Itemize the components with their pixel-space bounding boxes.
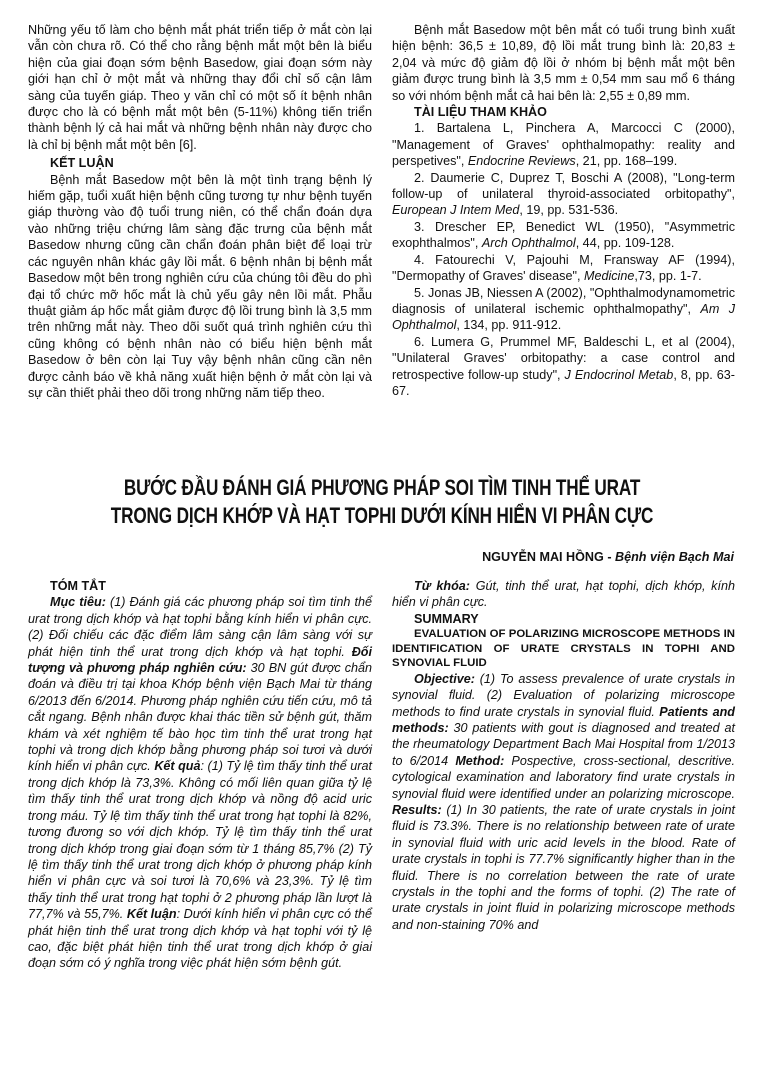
reference-item: 5. Jonas JB, Niessen A (2002), "Ophthalm…	[392, 285, 735, 334]
article-title-line-2: TRONG DỊCH KHỚP VÀ HẠT TOPHI DƯỚI KÍNH H…	[84, 502, 680, 530]
reference-details: , 19, pp. 531-536.	[519, 203, 618, 217]
reference-text: 2. Daumerie C, Duprez T, Boschi A (2008)…	[392, 171, 735, 201]
results-label-en: Results:	[392, 803, 442, 817]
abstract-vi-column: TÓM TẮT Mục tiêu: (1) Đánh giá các phươn…	[28, 578, 372, 972]
previous-article-left-column: Những yếu tố làm cho bệnh mắt phát triển…	[28, 22, 372, 401]
summary-heading: SUMMARY	[392, 611, 735, 627]
keywords-label: Từ khóa:	[414, 579, 470, 593]
intro-paragraph: Những yếu tố làm cho bệnh mắt phát triển…	[28, 22, 372, 153]
abstract-heading: TÓM TẮT	[28, 578, 372, 594]
abstract-en-body: Objective: (1) To assess prevalence of u…	[392, 671, 735, 934]
summary-paragraph: Bệnh mắt Basedow một bên mắt có tuổi tru…	[392, 22, 735, 104]
objective-label: Mục tiêu:	[50, 595, 106, 609]
author-line: NGUYỄN MAI HỒNG - Bệnh viện Bạch Mai	[482, 550, 734, 564]
results-text-en: (1) In 30 patients, the rate of urate cr…	[392, 803, 735, 932]
reference-item: 1. Bartalena L, Pinchera A, Marcocci C (…	[392, 120, 735, 169]
reference-item: 3. Drescher EP, Benedict WL (1950), "Asy…	[392, 219, 735, 252]
reference-details: ,73, pp. 1-7.	[634, 269, 701, 283]
conclusion-heading: KẾT LUẬN	[28, 155, 372, 171]
conclusion-label: Kết luận	[127, 907, 177, 921]
reference-item: 4. Fatourechi V, Pajouhi M, Fransway AF …	[392, 252, 735, 285]
conclusion-paragraph: Bệnh mắt Basedow một bên là một tình trạ…	[28, 172, 372, 402]
author-affiliation: Bệnh viện Bạch Mai	[615, 550, 734, 564]
article-title-line-1: BƯỚC ĐẦU ĐÁNH GIÁ PHƯƠNG PHÁP SOI TÌM TI…	[84, 474, 680, 502]
author-name: NGUYỄN MAI HỒNG -	[482, 550, 615, 564]
reference-details: , 21, pp. 168–199.	[576, 154, 678, 168]
abstract-vi-body: Mục tiêu: (1) Đánh giá các phương pháp s…	[28, 594, 372, 971]
reference-item: 6. Lumera G, Prummel MF, Baldeschi L, et…	[392, 334, 735, 400]
objective-label-en: Objective:	[414, 672, 475, 686]
results-label: Kết quả	[154, 759, 200, 773]
results-text: : (1) Tỷ lệ tìm thấy tinh thể urat trong…	[28, 759, 372, 921]
method-label-en: Method:	[455, 754, 504, 768]
reference-details: , 134, pp. 911-912.	[456, 318, 561, 332]
article-title: BƯỚC ĐẦU ĐÁNH GIÁ PHƯƠNG PHÁP SOI TÌM TI…	[0, 474, 764, 530]
reference-journal: Endocrine Reviews	[468, 154, 576, 168]
abstract-en-column: Từ khóa: Gút, tinh thể urat, hạt tophi, …	[392, 578, 735, 933]
reference-journal: J Endocrinol Metab	[565, 368, 674, 382]
reference-journal: European J Intem Med	[392, 203, 519, 217]
reference-journal: Medicine	[584, 269, 634, 283]
reference-details: , 44, pp. 109-128.	[576, 236, 675, 250]
references-heading: TÀI LIỆU THAM KHẢO	[392, 104, 735, 120]
reference-item: 2. Daumerie C, Duprez T, Boschi A (2008)…	[392, 170, 735, 219]
reference-list: 1. Bartalena L, Pinchera A, Marcocci C (…	[392, 120, 735, 399]
english-title: EVALUATION OF POLARIZING MICROSCOPE METH…	[392, 627, 735, 671]
reference-journal: Arch Ophthalmol	[482, 236, 576, 250]
keywords: Từ khóa: Gút, tinh thể urat, hạt tophi, …	[392, 578, 735, 611]
reference-text: 5. Jonas JB, Niessen A (2002), "Ophthalm…	[392, 286, 735, 316]
subjects-text: 30 BN gút được chẩn đoán và điều trị tại…	[28, 661, 372, 773]
previous-article-right-column: Bệnh mắt Basedow một bên mắt có tuổi tru…	[392, 22, 735, 399]
